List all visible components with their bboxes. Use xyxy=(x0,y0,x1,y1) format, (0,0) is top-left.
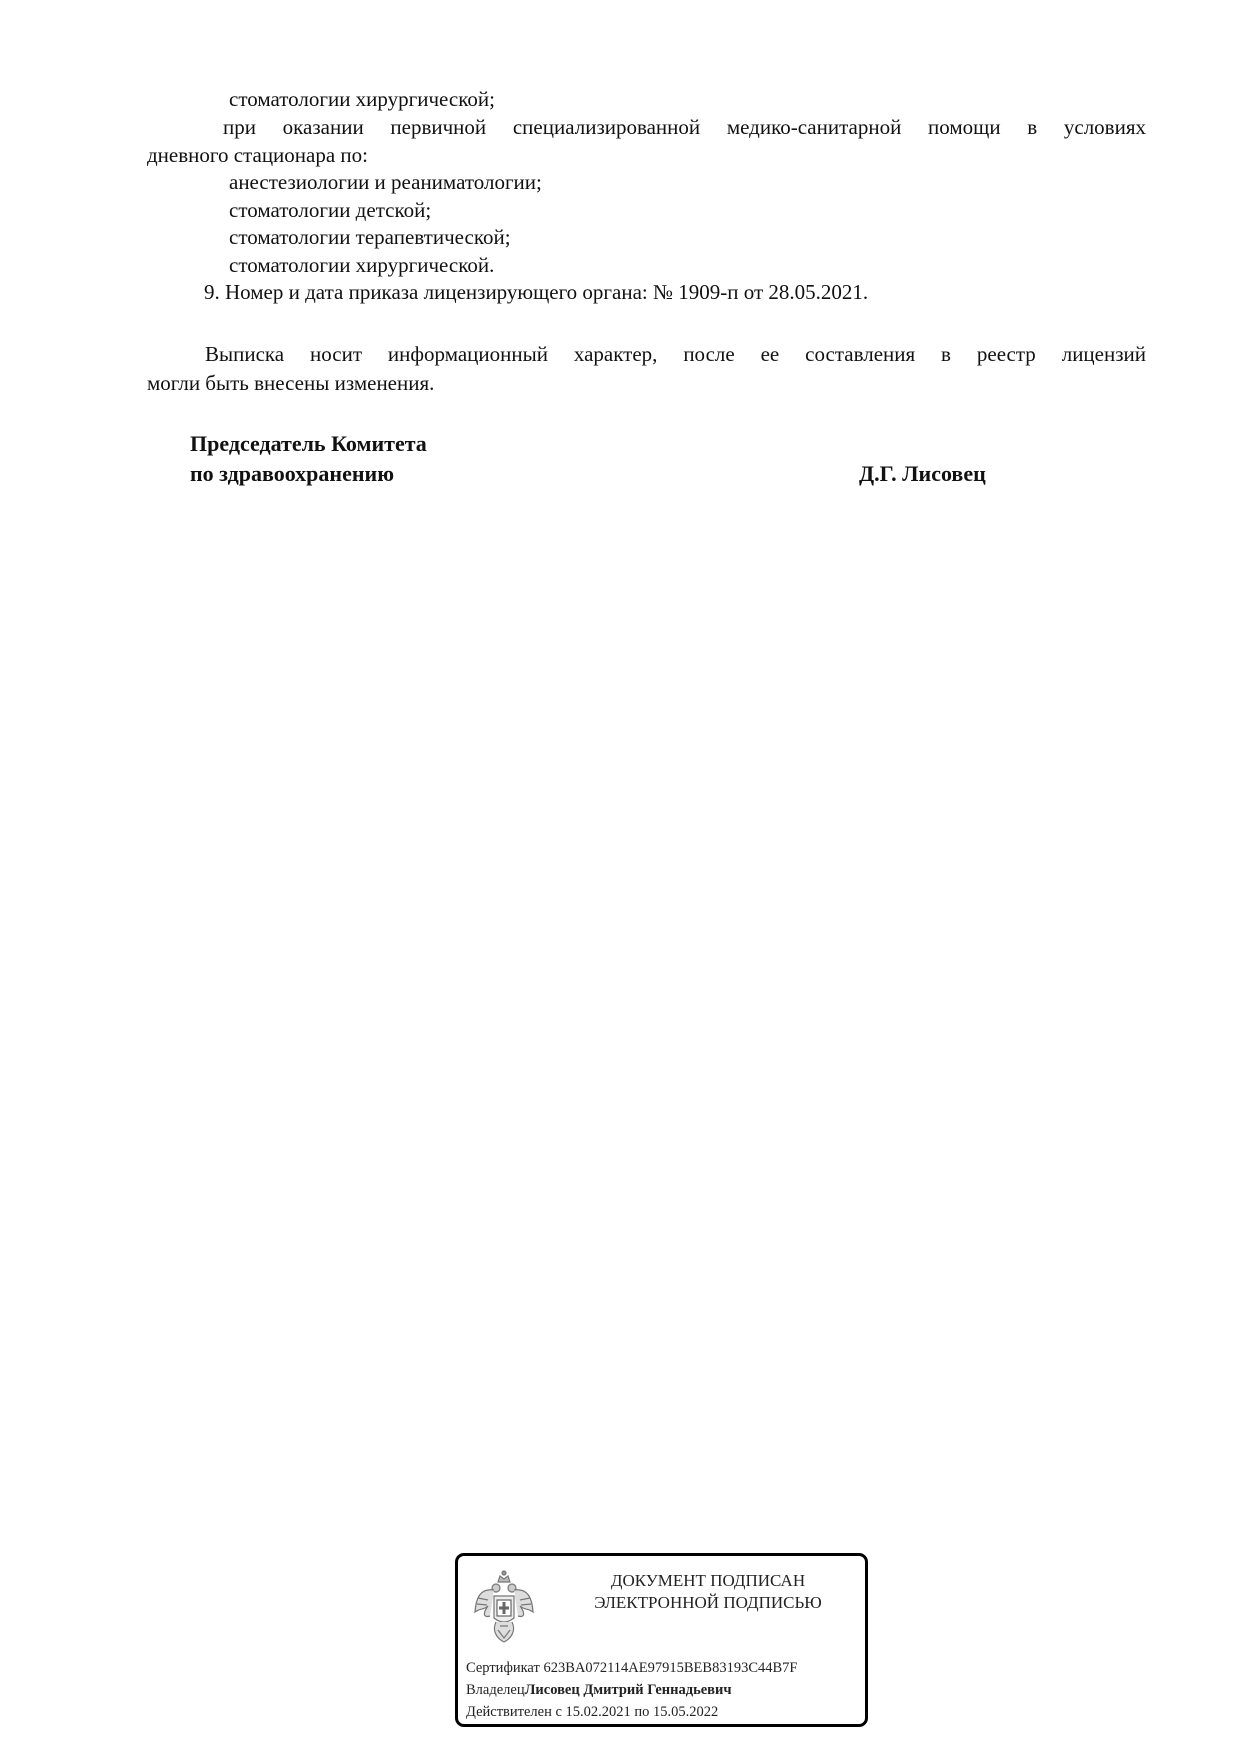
note-line-1: Выписка носит информационный характер, п… xyxy=(147,341,1146,368)
stamp-title-line-2: ЭЛЕКТРОННОЙ ПОДПИСЬЮ xyxy=(558,1592,858,1614)
license-order-line: 9. Номер и дата приказа лицензирующего о… xyxy=(204,279,868,306)
owner-value: Лисовец Дмитрий Геннадьевич xyxy=(525,1682,732,1698)
text-line: дневного стационара по: xyxy=(147,142,368,169)
stamp-owner: ВладелецЛисовец Дмитрий Геннадьевич xyxy=(466,1680,732,1700)
text-line: стоматологии терапевтической; xyxy=(229,224,511,251)
electronic-signature-stamp: ДОКУМЕНТ ПОДПИСАН ЭЛЕКТРОННОЙ ПОДПИСЬЮ С… xyxy=(455,1553,868,1727)
signer-name: Д.Г. Лисовец xyxy=(859,460,986,487)
certificate-value: 623BA072114AE97915BEB83193C44B7F xyxy=(543,1660,797,1676)
note-line-2: могли быть внесены изменения. xyxy=(147,370,434,397)
signer-position-line-1: Председатель Комитета xyxy=(190,430,427,457)
stamp-validity: Действителен с 15.02.2021 по 15.05.2022 xyxy=(466,1702,718,1722)
certificate-label: Сертификат xyxy=(466,1660,540,1676)
signer-position-line-2: по здравоохранению xyxy=(190,460,394,487)
coat-of-arms-icon xyxy=(472,1568,536,1648)
text-line: стоматологии хирургической; xyxy=(229,86,495,113)
document-page: стоматологии хирургической; при оказании… xyxy=(0,0,1240,1754)
text-line: стоматологии хирургической. xyxy=(229,252,494,279)
text-line: анестезиологии и реаниматологии; xyxy=(229,169,542,196)
text-line: при оказании первичной специализированно… xyxy=(147,114,1146,141)
text-line: стоматологии детской; xyxy=(229,197,431,224)
stamp-title-line-1: ДОКУМЕНТ ПОДПИСАН xyxy=(558,1570,858,1592)
owner-label: Владелец xyxy=(466,1682,525,1698)
stamp-certificate: Сертификат 623BA072114AE97915BEB83193C44… xyxy=(466,1658,798,1678)
